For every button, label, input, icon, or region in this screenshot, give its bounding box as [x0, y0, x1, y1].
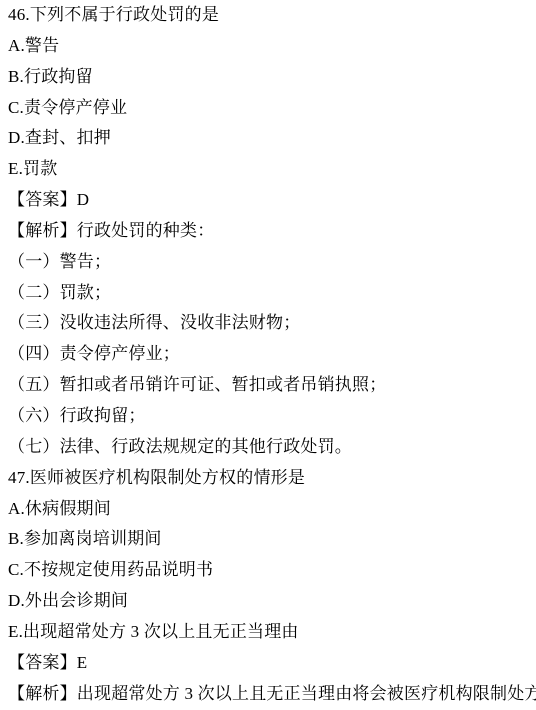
question-46-analysis-item-4: （四）责令停产停业；	[8, 339, 536, 370]
question-46-title: 46.下列不属于行政处罚的是	[8, 0, 536, 31]
question-46-option-e: E.罚款	[8, 154, 536, 185]
question-46-option-d: D.查封、扣押	[8, 123, 536, 154]
question-46-analysis-item-3: （三）没收违法所得、没收非法财物；	[8, 308, 536, 339]
question-47-title: 47.医师被医疗机构限制处方权的情形是	[8, 463, 536, 494]
question-47-option-a: A.休病假期间	[8, 494, 536, 525]
question-47-answer: 【答案】E	[8, 648, 536, 679]
question-47-option-b: B.参加离岗培训期间	[8, 524, 536, 555]
question-47-option-e: E.出现超常处方 3 次以上且无正当理由	[8, 617, 536, 648]
question-46-analysis-item-5: （五）暂扣或者吊销许可证、暂扣或者吊销执照；	[8, 370, 536, 401]
question-46-answer: 【答案】D	[8, 185, 536, 216]
question-46-analysis-item-2: （二）罚款；	[8, 278, 536, 309]
question-46-analysis-item-7: （七）法律、行政法规规定的其他行政处罚。	[8, 432, 536, 463]
question-47-analysis: 【解析】出现超常处方 3 次以上且无正当理由将会被医疗机构限制处方权。	[8, 679, 536, 710]
question-46-option-c: C.责令停产停业	[8, 93, 536, 124]
question-46-analysis-intro: 【解析】行政处罚的种类：	[8, 216, 536, 247]
question-47-option-c: C.不按规定使用药品说明书	[8, 555, 536, 586]
question-47-option-d: D.外出会诊期间	[8, 586, 536, 617]
question-46-analysis-item-1: （一）警告；	[8, 247, 536, 278]
question-46-option-b: B.行政拘留	[8, 62, 536, 93]
question-46-option-a: A.警告	[8, 31, 536, 62]
document-body: 46.下列不属于行政处罚的是 A.警告 B.行政拘留 C.责令停产停业 D.查封…	[0, 0, 536, 710]
question-46-analysis-item-6: （六）行政拘留；	[8, 401, 536, 432]
